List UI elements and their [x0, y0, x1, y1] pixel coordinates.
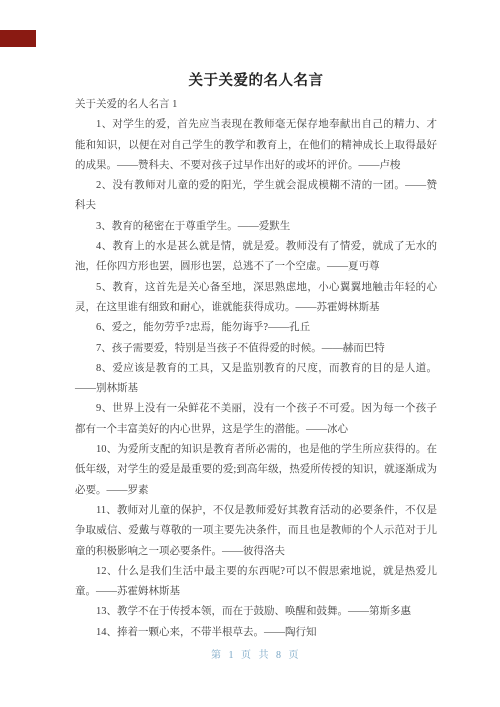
- quote-item-2: 2、没有教师对儿童的爱的阳光，学生就会混成模糊不清的一团。——赞科夫: [75, 176, 437, 217]
- quote-item-12: 12、什么是我们生活中最主要的东西呢?可以不假思索地说，就是热爱儿童。——苏霍姆…: [75, 562, 437, 603]
- page-number-footer: 第 1 页 共 8 页: [75, 650, 437, 662]
- quote-item-5: 5、教育，这首先是关心备至地，深思熟虑地，小心翼翼地触击年轻的心灵，在这里谁有细…: [75, 278, 437, 319]
- quote-item-9: 9、世界上没有一朵鲜花不美丽，没有一个孩子不可爱。因为每一个孩子都有一个丰富美好…: [75, 399, 437, 440]
- page-title: 关于关爱的名人名言: [75, 0, 437, 90]
- quote-item-8: 8、爱应该是教育的工具，又是监别教育的尺度，而教育的目的是人道。——别林斯基: [75, 359, 437, 400]
- section-subtitle: 关于关爱的名人名言 1: [75, 95, 437, 115]
- quote-item-4: 4、教育上的水是甚么就是情，就是爱。教师没有了情爱，就成了无水的池，任你四方形也…: [75, 237, 437, 278]
- corner-red-mark: [0, 30, 36, 47]
- quote-item-11: 11、教师对儿童的保护，不仅是教师爱好其教育活动的必要条件，不仅是争取威信、爱戴…: [75, 501, 437, 562]
- quote-item-1: 1、对学生的爱，首先应当表现在教师毫无保存地奉献出自己的精力、才能和知识，以便在…: [75, 115, 437, 176]
- document-page: 关于关爱的名人名言 关于关爱的名人名言 1 1、对学生的爱，首先应当表现在教师毫…: [75, 0, 437, 662]
- quote-item-3: 3、教育的秘密在于尊重学生。——爱默生: [75, 217, 437, 237]
- quote-item-14: 14、捧着一颗心来，不带半根草去。——陶行知: [75, 623, 437, 643]
- quote-item-6: 6、爱之，能勿劳乎?忠焉，能勿诲乎?——孔丘: [75, 318, 437, 338]
- quote-item-13: 13、教学不在于传授本领，而在于鼓励、唤醒和鼓舞。——第斯多惠: [75, 602, 437, 622]
- quote-item-7: 7、孩子需要爱，特别是当孩子不值得爱的时候。——赫而巴特: [75, 339, 437, 359]
- quote-item-10: 10、为爱所支配的知识是教育者所必需的，也是他的学生所应获得的。在低年级，对学生…: [75, 440, 437, 501]
